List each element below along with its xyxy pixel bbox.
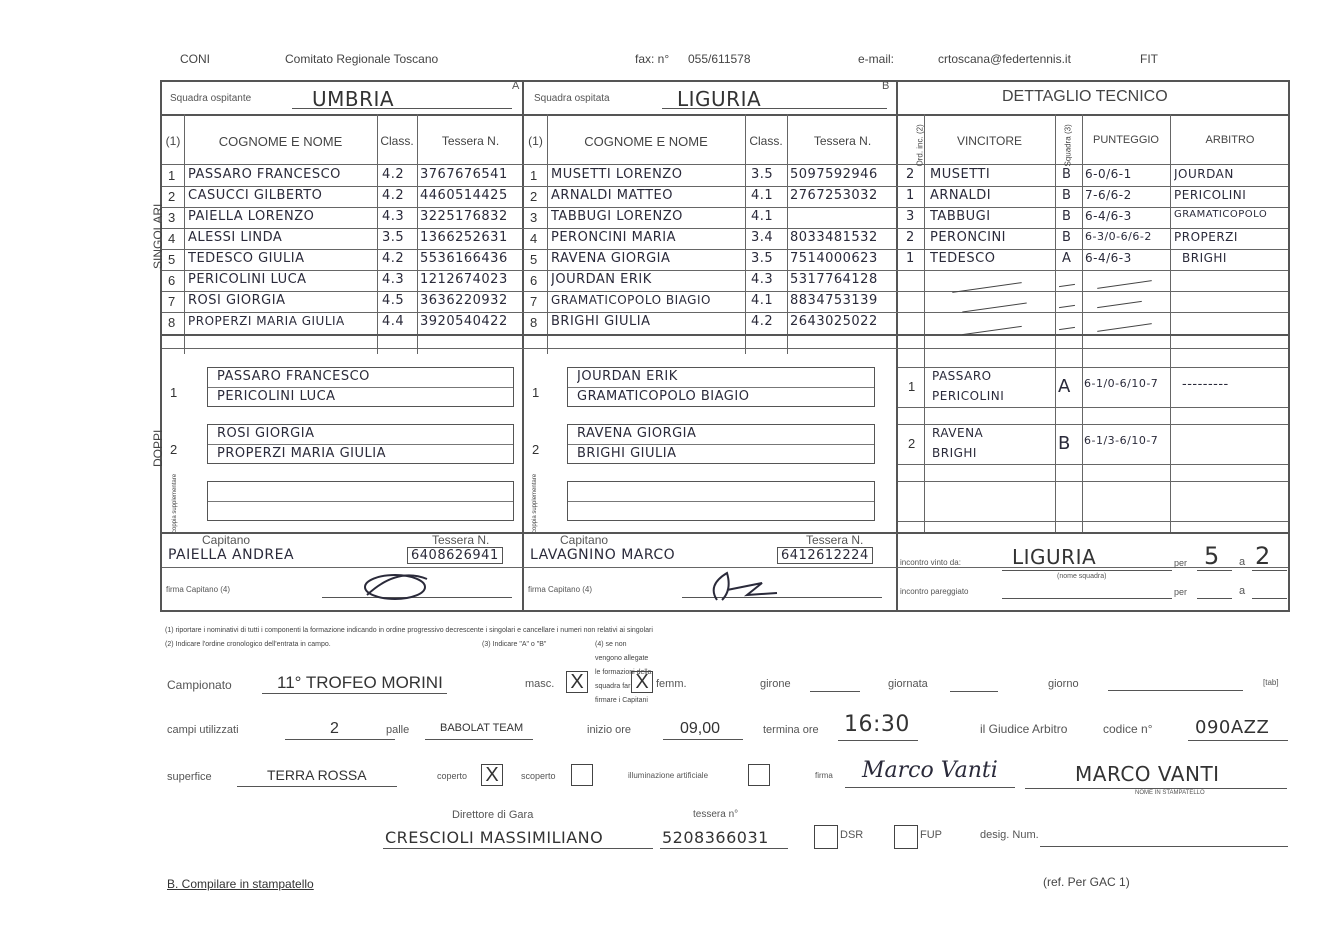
spare-label: coppia supplementare (532, 463, 538, 533)
captain-label: Capitano (202, 533, 250, 547)
score-against[interactable]: 2 (1255, 542, 1271, 570)
team[interactable]: B (1062, 209, 1071, 224)
termina-value[interactable]: 16:30 (844, 712, 910, 737)
referee[interactable]: JOURDAN (1174, 167, 1234, 181)
score-sheet: Squadra ospitante UMBRIA A Squadra ospit… (160, 80, 1290, 612)
player-class[interactable]: 3.5 (382, 230, 404, 245)
player-tessera[interactable]: 5317764128 (790, 272, 878, 287)
team[interactable]: A (1062, 251, 1071, 266)
direttore-value[interactable]: CRESCIOLI MASSIMILIANO (385, 828, 603, 847)
draw-per-label: per (1174, 587, 1187, 597)
pair-player[interactable]: BRIGHI GIULIA (577, 446, 677, 461)
tessera-label: tessera n° (693, 809, 738, 820)
giorno-label: giorno (1048, 678, 1079, 690)
team-name-hint: (nome squadra) (1057, 573, 1106, 580)
team-a-col-name: COGNOME E NOME (184, 134, 377, 149)
campionato-value[interactable]: 11° TROFEO MORINI (277, 673, 443, 693)
player-tessera[interactable]: 2767253032 (790, 188, 878, 203)
winner[interactable]: PASSARO (932, 369, 992, 383)
team[interactable]: B (1062, 167, 1071, 182)
player-tessera[interactable]: 4460514425 (420, 188, 508, 203)
player-name[interactable]: ROSI GIORGIA (188, 293, 376, 308)
player-class[interactable]: 4.2 (382, 167, 404, 182)
player-name[interactable]: CASUCCI GILBERTO (188, 188, 376, 203)
team-a-letter: A (512, 80, 519, 92)
player-tessera[interactable]: 5097592946 (790, 167, 878, 182)
referee[interactable]: BRIGHI (1182, 251, 1227, 265)
singles-side-label: SINGOLARI (151, 189, 165, 269)
captain-tessera-label: Tessera N. (806, 533, 863, 547)
direttore-label: Direttore di Gara (452, 809, 533, 821)
row-number: 7 (530, 294, 537, 309)
player-tessera[interactable]: 3767676541 (420, 167, 508, 182)
firma-label: firma (815, 771, 833, 780)
palle-value[interactable]: BABOLAT TEAM (440, 722, 523, 734)
femm-label: femm. (656, 678, 687, 690)
player-name[interactable]: TEDESCO GIULIA (188, 251, 376, 266)
player-class[interactable]: 3.5 (751, 167, 773, 182)
player-class[interactable]: 3.5 (751, 251, 773, 266)
player-tessera[interactable]: 3636220932 (420, 293, 508, 308)
footnotes: (1) riportare i nominativi di tutti i co… (165, 624, 653, 652)
tech-col-winner: VINCITORE (924, 134, 1055, 148)
score[interactable]: 6-1/3-6/10-7 (1084, 434, 1158, 447)
player-tessera[interactable]: 1212674023 (420, 272, 508, 287)
order[interactable]: 1 (906, 188, 915, 203)
player-class[interactable]: 4.1 (751, 188, 773, 203)
row-number: 8 (530, 315, 537, 330)
order[interactable]: 2 (906, 230, 915, 245)
row-number: 6 (530, 273, 537, 288)
technical-title: DETTAGLIO TECNICO (1002, 88, 1168, 106)
codice-label: codice n° (1103, 722, 1153, 736)
note-2: (2) Indicare l'ordine cronologico dell'e… (165, 638, 331, 652)
a-label: a (1239, 556, 1245, 568)
tech-col-team: Squadra (3) (1064, 107, 1073, 167)
team-b-col-class: Class. (745, 134, 787, 148)
note-3: (3) Indicare "A" o "B" (482, 638, 546, 652)
row-number: 1 (530, 168, 537, 183)
player-name[interactable]: GRAMATICOPOLO BIAGIO (551, 293, 743, 307)
doubles-a-number: 1 (170, 385, 177, 400)
per-label: per (1174, 558, 1187, 568)
player-name[interactable]: PERONCINI MARIA (551, 230, 743, 245)
strike-mark (1059, 305, 1075, 308)
captain-tessera[interactable]: 6408626941 (407, 547, 503, 564)
team-a-col-tessera: Tessera N. (417, 134, 524, 148)
team[interactable]: B (1062, 188, 1071, 203)
superficie-label: superfice (167, 771, 212, 783)
order[interactable]: 1 (906, 251, 915, 266)
palle-label: palle (386, 724, 409, 736)
score-for[interactable]: 5 (1204, 542, 1220, 570)
pair-player[interactable]: PROPERZI MARIA GIULIA (217, 446, 386, 461)
row-number: 2 (530, 189, 537, 204)
desig-field[interactable] (1040, 846, 1288, 847)
row-number: 3 (168, 210, 175, 225)
pair-player[interactable]: PERICOLINI LUCA (217, 389, 336, 404)
winner[interactable]: RAVENA (932, 426, 983, 440)
referee[interactable]: PROPERZI (1174, 230, 1238, 244)
row-number: 5 (530, 252, 537, 267)
pair-player[interactable]: RAVENA GIORGIA (577, 426, 696, 441)
committee-label: Comitato Regionale Toscano (285, 52, 438, 66)
team-b-spare-pair[interactable] (567, 481, 875, 521)
score[interactable]: 6-0/6-1 (1085, 167, 1132, 181)
player-class[interactable]: 4.3 (382, 272, 404, 287)
campi-label: campi utilizzati (167, 724, 239, 736)
row-number: 4 (530, 231, 537, 246)
player-tessera[interactable]: 1366252631 (420, 230, 508, 245)
fax-number: 055/611578 (688, 52, 751, 66)
player-name[interactable]: JOURDAN ERIK (551, 272, 743, 287)
strike-mark (1059, 284, 1075, 287)
player-tessera[interactable]: 8033481532 (790, 230, 878, 245)
score[interactable]: 7-6/6-2 (1085, 188, 1132, 202)
player-name[interactable]: TABBUGI LORENZO (551, 209, 743, 224)
player-class[interactable]: 4.2 (382, 251, 404, 266)
order[interactable]: 2 (906, 167, 915, 182)
score[interactable]: 6-1/0-6/10-7 (1084, 377, 1158, 390)
won-by-label: incontro vinto da: (900, 558, 961, 567)
row-number: 8 (168, 315, 175, 330)
coperto-checkbox[interactable]: X (481, 764, 503, 786)
player-tessera[interactable]: 8834753139 (790, 293, 878, 308)
order[interactable]: 3 (906, 209, 915, 224)
giornata-field[interactable] (950, 691, 998, 692)
team-b-col-order: (1) (524, 134, 547, 148)
player-name[interactable]: ARNALDI MATTEO (551, 188, 743, 203)
team-a-label: Squadra ospitante (170, 93, 251, 104)
femm-checkbox[interactable]: X (631, 671, 653, 693)
winner[interactable]: MUSETTI (930, 167, 990, 182)
score[interactable]: 6-4/6-3 (1085, 209, 1132, 223)
team[interactable]: A (1058, 376, 1071, 397)
strike-mark (1097, 323, 1152, 332)
email-address: crtoscana@federtennis.it (938, 52, 1071, 66)
doubles-a-number: 2 (170, 442, 177, 457)
player-class[interactable]: 4.3 (382, 209, 404, 224)
note-1: (1) riportare i nominativi di tutti i co… (165, 624, 653, 638)
nome-stampatello-label: NOME IN STAMPATELLO (1135, 790, 1205, 796)
tessera-value[interactable]: 5208366031 (662, 828, 769, 847)
fup-checkbox[interactable] (894, 825, 918, 849)
draw-a-label: a (1239, 585, 1245, 597)
winner[interactable]: TABBUGI (930, 209, 991, 224)
termina-label: termina ore (763, 724, 819, 736)
draw-label: incontro pareggiato (900, 587, 969, 596)
winner[interactable]: BRIGHI (932, 446, 977, 460)
giudice-label: il Giudice Arbitro (980, 722, 1067, 736)
illuminazione-label: illuminazione artificiale (628, 771, 708, 780)
tech-doubles-number: 1 (908, 379, 915, 394)
compilare-note: B. Compilare in stampatello (167, 877, 314, 891)
tab-label: [tab] (1263, 678, 1279, 687)
spare-label: coppia supplementare (172, 463, 178, 533)
player-class[interactable]: 4.4 (382, 314, 404, 329)
row-number: 7 (168, 294, 175, 309)
pair-player[interactable]: GRAMATICOPOLO BIAGIO (577, 389, 749, 404)
codice-value[interactable]: 090AZZ (1195, 717, 1269, 738)
org-label: CONI (180, 52, 210, 66)
player-class[interactable]: 4.2 (382, 188, 404, 203)
masc-checkbox[interactable]: X (566, 671, 588, 693)
header-bar: CONI Comitato Regionale Toscano fax: n° … (180, 52, 1180, 68)
score[interactable]: 6-4/6-3 (1085, 251, 1132, 265)
campi-value[interactable]: 2 (330, 720, 339, 738)
player-name[interactable]: BRIGHI GIULIA (551, 314, 743, 329)
desig-label: desig. Num. (980, 829, 1039, 841)
superficie-value[interactable]: TERRA ROSSA (267, 767, 367, 783)
player-tessera[interactable]: 3225176832 (420, 209, 508, 224)
pair-player[interactable]: PASSARO FRANCESCO (217, 369, 370, 384)
girone-field[interactable] (810, 691, 860, 692)
captain-name[interactable]: PAIELLA ANDREA (168, 547, 294, 563)
won-by-team[interactable]: LIGURIA (1012, 545, 1096, 569)
inizio-value[interactable]: 09,00 (680, 720, 720, 738)
strike-mark (962, 302, 1027, 312)
tech-doubles-number: 2 (908, 436, 915, 451)
player-name[interactable]: PROPERZI MARIA GIULIA (188, 314, 376, 328)
dsr-checkbox[interactable] (814, 825, 838, 849)
score[interactable]: 6-3/0-6/6-2 (1085, 230, 1152, 243)
masc-label: masc. (525, 678, 554, 690)
strike-mark (1097, 301, 1142, 308)
player-class[interactable]: 4.1 (751, 293, 773, 308)
player-tessera[interactable]: 7514000623 (790, 251, 878, 266)
tech-col-score: PUNTEGGIO (1082, 134, 1170, 146)
dsr-label: DSR (840, 829, 863, 841)
team-b-letter: B (882, 80, 889, 92)
player-class[interactable]: 4.5 (382, 293, 404, 308)
girone-label: girone (760, 678, 791, 690)
inizio-label: inizio ore (587, 724, 631, 736)
team-b-label: Squadra ospitata (534, 93, 610, 104)
winner[interactable]: TEDESCO (930, 251, 995, 266)
player-class[interactable]: 4.3 (751, 272, 773, 287)
doubles-side-label: DOPPI (151, 407, 165, 467)
fup-label: FUP (920, 829, 942, 841)
referee[interactable]: GRAMATICOPOLO (1174, 209, 1267, 220)
coperto-label: coperto (437, 771, 467, 781)
team-b-col-tessera: Tessera N. (787, 134, 898, 148)
strike-mark (1059, 327, 1075, 330)
player-name[interactable]: PERICOLINI LUCA (188, 272, 376, 287)
captain-tessera[interactable]: 6412612224 (777, 547, 873, 564)
fit-label: FIT (1140, 52, 1158, 66)
team[interactable]: B (1062, 230, 1071, 245)
team-b-section (524, 82, 898, 610)
captain-label: Capitano (560, 533, 608, 547)
player-class[interactable]: 4.2 (751, 314, 773, 329)
player-class[interactable]: 3.4 (751, 230, 773, 245)
row-number: 6 (168, 273, 175, 288)
player-tessera[interactable]: 2643025022 (790, 314, 878, 329)
row-number: 1 (168, 168, 175, 183)
captain-tessera-label: Tessera N. (432, 533, 489, 547)
pair-player[interactable]: ROSI GIORGIA (217, 426, 314, 441)
pair-player[interactable]: JOURDAN ERIK (577, 369, 678, 384)
team-a-col-order: (1) (162, 134, 184, 148)
giorno-field[interactable] (1108, 690, 1243, 691)
winner[interactable]: ARNALDI (930, 188, 991, 203)
scoperto-label: scoperto (521, 771, 556, 781)
team-a-section (162, 82, 524, 610)
team-a-col-class: Class. (377, 134, 417, 148)
ref-note: (ref. Per GAC 1) (1043, 875, 1130, 889)
signature-label: firma Capitano (4) (166, 585, 230, 594)
player-name[interactable]: MUSETTI LORENZO (551, 167, 743, 182)
doubles-b-number: 1 (532, 385, 539, 400)
referee-name-print[interactable]: MARCO VANTI (1075, 762, 1220, 786)
scoperto-checkbox[interactable] (571, 764, 593, 786)
row-number: 3 (530, 210, 537, 225)
player-class[interactable]: 4.1 (751, 209, 773, 224)
winner[interactable]: PERONCINI (930, 230, 1006, 245)
campionato-label: Campionato (167, 678, 232, 692)
captain-b-signature (702, 565, 782, 610)
referee-signature[interactable]: Marco Vanti (862, 758, 998, 783)
email-label: e-mail: (858, 52, 894, 66)
tech-col-referee: ARBITRO (1170, 134, 1290, 146)
doubles-b-number: 2 (532, 442, 539, 457)
player-name[interactable]: PAIELLA LORENZO (188, 209, 376, 224)
row-number: 5 (168, 252, 175, 267)
team-b-col-name: COGNOME E NOME (547, 134, 745, 149)
team-a-spare-pair[interactable] (207, 481, 514, 521)
row-number: 4 (168, 231, 175, 246)
row-number: 2 (168, 189, 175, 204)
player-name[interactable]: PASSARO FRANCESCO (188, 167, 376, 182)
giornata-label: giornata (888, 678, 928, 690)
signature-label: firma Capitano (4) (528, 585, 592, 594)
captain-a-signature (357, 567, 437, 607)
player-name[interactable]: RAVENA GIORGIA (551, 251, 743, 266)
player-tessera[interactable]: 3920540422 (420, 314, 508, 329)
winner[interactable]: PERICOLINI (932, 389, 1004, 403)
team[interactable]: B (1058, 433, 1071, 454)
player-tessera[interactable]: 5536166436 (420, 251, 508, 266)
referee[interactable]: PERICOLINI (1174, 188, 1246, 202)
illuminazione-checkbox[interactable] (748, 764, 770, 786)
referee[interactable]: --------- (1182, 377, 1229, 392)
fax-label: fax: n° (635, 52, 669, 66)
captain-name[interactable]: LAVAGNINO MARCO (530, 547, 675, 563)
strike-mark (1097, 280, 1152, 289)
player-name[interactable]: ALESSI LINDA (188, 230, 376, 245)
